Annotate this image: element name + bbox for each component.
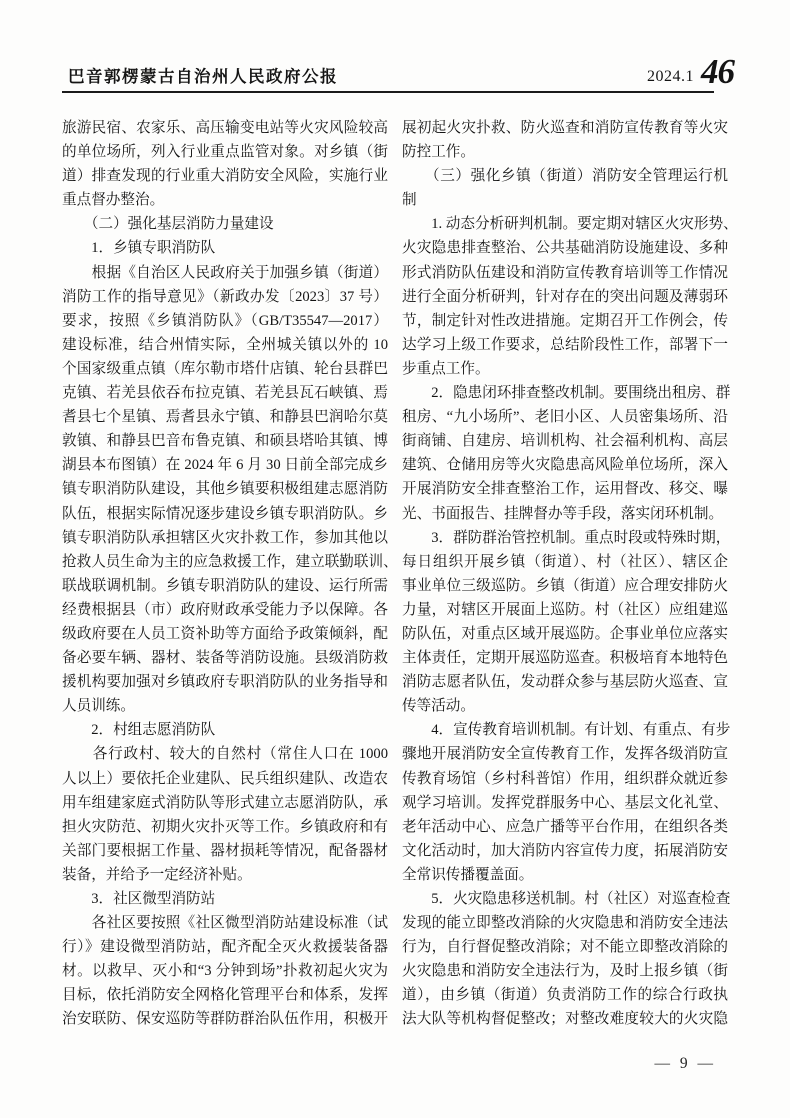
text-line: 装备，并给予一定经济补贴。 xyxy=(62,863,388,887)
right-column: 展初起火灾扑救、防火巡查和消防宣传教育等火灾防控工作。 （三）强化乡镇（街道）消… xyxy=(402,116,728,1032)
text-line: 3．群防群治管控机制。重点时段或特殊时期， xyxy=(402,526,728,550)
text-line: 队伍，根据实际情况逐步建设乡镇专职消防队。乡 xyxy=(62,502,388,526)
issue-date: 2024.1 xyxy=(647,69,694,85)
left-column: 旅游民宿、农家乐、高压输变电站等火灾风险较高的单位场所，列入行业重点监管对象。对… xyxy=(62,116,388,1032)
text-line: 4．宣传教育培训机制。有计划、有重点、有步 xyxy=(402,718,728,742)
text-line: 进行全面分析研判，针对存在的突出问题及薄弱环 xyxy=(402,285,728,309)
text-line: 传教育场馆（乡村科普馆）作用，组织群众就近参 xyxy=(402,767,728,791)
text-line: 各行政村、较大的自然村（常住人口在 1000 xyxy=(62,742,388,766)
text-line: 观学习培训。发挥党群服务中心、基层文化礼堂、 xyxy=(402,791,728,815)
text-line: 火灾隐患排查整治、公共基础消防设施建设、多种 xyxy=(402,236,728,260)
text-line: 火灾隐患和消防安全违法行为，及时上报乡镇（街 xyxy=(402,959,728,983)
text-line: 抢救人员生命为主的应急救援工作，建立联勤联训、 xyxy=(62,550,388,574)
text-line: 级政府要在人员工资补助等方面给予政策倾斜，配 xyxy=(62,622,388,646)
text-line: 建筑、仓储用房等火灾隐患高风险单位场所，深入 xyxy=(402,453,728,477)
issue-info: 2024.1 46 xyxy=(647,58,734,85)
text-line: 传等活动。 xyxy=(402,694,728,718)
text-line: 1. 动态分析研判机制。要定期对辖区火灾形势、 xyxy=(402,212,728,236)
text-line: 光、书面报告、挂牌督办等手段，落实闭环机制。 xyxy=(402,502,728,526)
text-line: 消防志愿者队伍，发动群众参与基层防火巡查、宣 xyxy=(402,670,728,694)
text-line: 2．村组志愿消防队 xyxy=(62,718,388,742)
text-line: 耆县七个星镇、焉耆县永宁镇、和静县巴润哈尔莫 xyxy=(62,405,388,429)
text-line: 敦镇、和静县巴音布鲁克镇、和硕县塔哈其镇、博 xyxy=(62,429,388,453)
text-line: 各社区要按照《社区微型消防站建设标准（试 xyxy=(62,911,388,935)
text-line: 行）》建设微型消防站，配齐配全灭火救援装备器 xyxy=(62,935,388,959)
text-line: 建设标准，结合州情实际，全州城关镇以外的 10 xyxy=(62,333,388,357)
text-line: 每日组织开展乡镇（街道）、村（社区）、辖区企 xyxy=(402,550,728,574)
page-header: 巴音郭楞蒙古自治州人民政府公报 2024.1 46 xyxy=(62,58,734,93)
text-line: 2．隐患闭环排查整改机制。要围绕出租房、群 xyxy=(402,381,728,405)
text-line: 人员训练。 xyxy=(62,694,388,718)
header-rule xyxy=(62,91,714,93)
text-line: 开展消防安全排查整治工作，运用督改、移交、曝 xyxy=(402,477,728,501)
text-line: 租房、“九小场所”、老旧小区、人员密集场所、沿 xyxy=(402,405,728,429)
text-line: （三）强化乡镇（街道）消防安全管理运行机 xyxy=(402,164,728,188)
text-line: 个国家级重点镇（库尔勒市塔什店镇、轮台县群巴 xyxy=(62,357,388,381)
text-line: 要求，按照《乡镇消防队》（GB/T35547—2017） xyxy=(62,309,388,333)
text-line: 形式消防队伍建设和消防宣传教育培训等工作情况 xyxy=(402,261,728,285)
text-line: 步重点工作。 xyxy=(402,357,728,381)
text-line: 主体责任，定期开展巡防巡查。积极培育本地特色 xyxy=(402,646,728,670)
text-line: 关部门要根据工作量、器材损耗等情况，配备器材 xyxy=(62,839,388,863)
text-line: 镇专职消防队建设，其他乡镇要积极组建志愿消防 xyxy=(62,477,388,501)
text-line: 行为，自行督促整改消除；对不能立即整改消除的 xyxy=(402,935,728,959)
text-line: 1．乡镇专职消防队 xyxy=(62,236,388,260)
text-line: 治安联防、保安巡防等群防群治队伍作用，积极开 xyxy=(62,1007,388,1031)
text-line: 骤地开展消防安全宣传教育工作，发挥各级消防宣 xyxy=(402,742,728,766)
text-line: 力量，对辖区开展面上巡防。村（社区）应组建巡 xyxy=(402,598,728,622)
text-line: 3．社区微型消防站 xyxy=(62,887,388,911)
text-line: 消防工作的指导意见》（新政办发〔2023〕37 号） xyxy=(62,285,388,309)
text-line: 旅游民宿、农家乐、高压输变电站等火灾风险较高 xyxy=(62,116,388,140)
text-line: 全常识传播覆盖面。 xyxy=(402,863,728,887)
text-line: 担火灾防范、初期火灾扑灭等工作。乡镇政府和有 xyxy=(62,815,388,839)
text-line: 目标，依托消防安全网格化管理平台和体系，发挥 xyxy=(62,983,388,1007)
text-line: 达学习上级工作要求，总结阶段性工作，部署下一 xyxy=(402,333,728,357)
text-line: 节，制定针对性改进措施。定期召开工作例会，传 xyxy=(402,309,728,333)
text-line: 湖县本布图镇）在 2024 年 6 月 30 日前全部完成乡 xyxy=(62,453,388,477)
text-line: 人以上）要依托企业建队、民兵组织建队、改造农 xyxy=(62,767,388,791)
text-line: 材。以救早、灭小和“3 分钟到场”扑救初起火灾为 xyxy=(62,959,388,983)
text-line: 文化活动时，加大消防内容宣传力度，拓展消防安 xyxy=(402,839,728,863)
text-line: （二）强化基层消防力量建设 xyxy=(62,212,388,236)
page-number: — 9 — xyxy=(655,1055,717,1073)
text-line: 5．火灾隐患移送机制。村（社区）对巡查检查 xyxy=(402,887,728,911)
text-line: 用车组建家庭式消防队等形式建立志愿消防队，承 xyxy=(62,791,388,815)
text-line: 道），由乡镇（街道）负责消防工作的综合行政执 xyxy=(402,983,728,1007)
text-line: 制 xyxy=(402,188,728,212)
text-line: 发现的能立即整改消除的火灾隐患和消防安全违法 xyxy=(402,911,728,935)
text-line: 防控工作。 xyxy=(402,140,728,164)
text-line: 根据《自治区人民政府关于加强乡镇（街道） xyxy=(62,261,388,285)
text-line: 道）排查发现的行业重大消防安全风险，实施行业 xyxy=(62,164,388,188)
text-line: 展初起火灾扑救、防火巡查和消防宣传教育等火灾 xyxy=(402,116,728,140)
document-body: 旅游民宿、农家乐、高压输变电站等火灾风险较高的单位场所，列入行业重点监管对象。对… xyxy=(62,116,728,1032)
text-line: 经费根据县（市）政府财政承受能力予以保障。各 xyxy=(62,598,388,622)
gazette-title: 巴音郭楞蒙古自治州人民政府公报 xyxy=(62,69,338,86)
issue-number: 46 xyxy=(701,58,734,85)
text-line: 备必要车辆、器材、装备等消防设施。县级消防救 xyxy=(62,646,388,670)
text-line: 克镇、若羌县依吞布拉克镇、若羌县瓦石峡镇、焉 xyxy=(62,381,388,405)
text-line: 的单位场所，列入行业重点监管对象。对乡镇（街 xyxy=(62,140,388,164)
text-line: 援机构要加强对乡镇政府专职消防队的业务指导和 xyxy=(62,670,388,694)
text-line: 老年活动中心、应急广播等平台作用，在组织各类 xyxy=(402,815,728,839)
text-line: 法大队等机构督促整改；对整改难度较大的火灾隐 xyxy=(402,1007,728,1031)
text-line: 镇专职消防队承担辖区火灾扑救工作，参加其他以 xyxy=(62,526,388,550)
text-line: 重点督办整治。 xyxy=(62,188,388,212)
text-line: 联战联调机制。乡镇专职消防队的建设、运行所需 xyxy=(62,574,388,598)
gazette-page: 巴音郭楞蒙古自治州人民政府公报 2024.1 46 旅游民宿、农家乐、高压输变电… xyxy=(0,0,790,1118)
text-line: 街商铺、自建房、培训机构、社会福利机构、高层 xyxy=(402,429,728,453)
text-line: 防队伍，对重点区域开展巡防。企事业单位应落实 xyxy=(402,622,728,646)
text-line: 事业单位三级巡防。乡镇（街道）应合理安排防火 xyxy=(402,574,728,598)
